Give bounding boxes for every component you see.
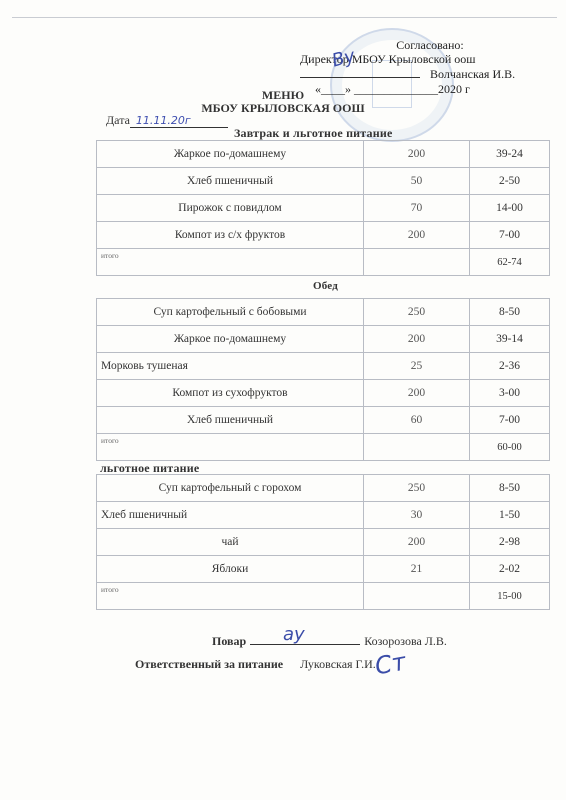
menu-table-subsidized: Суп картофельный с горохом2508-50Хлеб пш… [96,474,550,610]
dish-name: Компот из сухофруктов [97,380,364,407]
dish-quantity: 200 [364,222,470,249]
dish-price: 2-98 [470,529,550,556]
menu-table-lunch: Суп картофельный с бобовыми2508-50Жаркое… [96,298,550,461]
menu-row: Морковь тушеная252-36 [97,353,550,380]
menu-row: Хлеб пшеничный502-50 [97,168,550,195]
dish-name: Суп картофельный с горохом [97,475,364,502]
dish-price: 1-50 [470,502,550,529]
dish-name: Хлеб пшеничный [97,407,364,434]
dish-name: Компот из с/х фруктов [97,222,364,249]
dish-name: Морковь тушеная [97,353,364,380]
dish-name: Пирожок с повидлом [97,195,364,222]
director-name: Волчанская И.В. [430,67,515,81]
cook-name: Козорозова Л.В. [364,634,447,648]
date-value: 11.11.20г [130,114,228,128]
dish-price: 2-36 [470,353,550,380]
total-price: 60-00 [470,434,550,461]
total-qty-empty [364,434,470,461]
menu-row: Жаркое по-домашнему20039-24 [97,141,550,168]
dish-price: 8-50 [470,475,550,502]
total-row: итого15-00 [97,583,550,610]
total-price: 15-00 [470,583,550,610]
dish-quantity: 50 [364,168,470,195]
dish-name: Хлеб пшеничный [97,168,364,195]
cook-signature-line [250,634,360,645]
dish-price: 39-14 [470,326,550,353]
dish-quantity: 25 [364,353,470,380]
date-field: Дата11.11.20г [106,113,228,128]
director-signature-line: Волчанская И.В. [300,67,510,81]
dish-quantity: 200 [364,141,470,168]
dish-price: 8-50 [470,299,550,326]
menu-row: Компот из сухофруктов2003-00 [97,380,550,407]
cook-label: Повар [212,634,246,648]
total-row: итого62-74 [97,249,550,276]
dish-quantity: 250 [364,299,470,326]
dish-name: Яблоки [97,556,364,583]
dish-quantity: 200 [364,326,470,353]
menu-row: Яблоки212-02 [97,556,550,583]
signature-line [300,67,420,78]
menu-row: Хлеб пшеничный607-00 [97,407,550,434]
total-price: 62-74 [470,249,550,276]
dish-quantity: 200 [364,380,470,407]
dish-price: 2-02 [470,556,550,583]
total-label: итого [97,583,364,610]
dish-price: 3-00 [470,380,550,407]
dish-price: 14-00 [470,195,550,222]
cook-line: ПоварКозорозова Л.В. [212,634,447,649]
cook-signature: ау [283,624,305,645]
scan-edge-line [12,17,557,18]
dish-name: чай [97,529,364,556]
responsible-name: Луковская Г.И. [300,657,376,671]
menu-row: Жаркое по-домашнему20039-14 [97,326,550,353]
dish-quantity: 70 [364,195,470,222]
menu-row: Суп картофельный с горохом2508-50 [97,475,550,502]
total-qty-empty [364,249,470,276]
total-row: итого60-00 [97,434,550,461]
dish-quantity: 60 [364,407,470,434]
responsible-line: Ответственный за питание Луковская Г.И. [135,657,376,672]
total-label: итого [97,434,364,461]
dish-price: 2-50 [470,168,550,195]
dish-name: Суп картофельный с бобовыми [97,299,364,326]
total-label: итого [97,249,364,276]
menu-row: Хлеб пшеничный301-50 [97,502,550,529]
section-title-lunch: Обед [313,280,338,292]
responsible-label: Ответственный за питание [135,657,283,671]
dish-name: Хлеб пшеничный [97,502,364,529]
school-name: МБОУ КРЫЛОВСКАЯ ООШ [0,101,566,116]
menu-row: Суп картофельный с бобовыми2508-50 [97,299,550,326]
dish-name: Жаркое по-домашнему [97,326,364,353]
dish-quantity: 200 [364,529,470,556]
date-label: Дата [106,113,130,127]
menu-row: Компот из с/х фруктов2007-00 [97,222,550,249]
dish-price: 7-00 [470,222,550,249]
section-title-breakfast: Завтрак и льготное питание [234,126,393,141]
dish-price: 39-24 [470,141,550,168]
dish-quantity: 21 [364,556,470,583]
dish-quantity: 30 [364,502,470,529]
dish-name: Жаркое по-домашнему [97,141,364,168]
dish-quantity: 250 [364,475,470,502]
menu-row: Пирожок с повидлом7014-00 [97,195,550,222]
dish-price: 7-00 [470,407,550,434]
menu-table-breakfast: Жаркое по-домашнему20039-24Хлеб пшеничны… [96,140,550,276]
menu-row: чай2002-98 [97,529,550,556]
responsible-signature: Ст [373,648,408,681]
total-qty-empty [364,583,470,610]
